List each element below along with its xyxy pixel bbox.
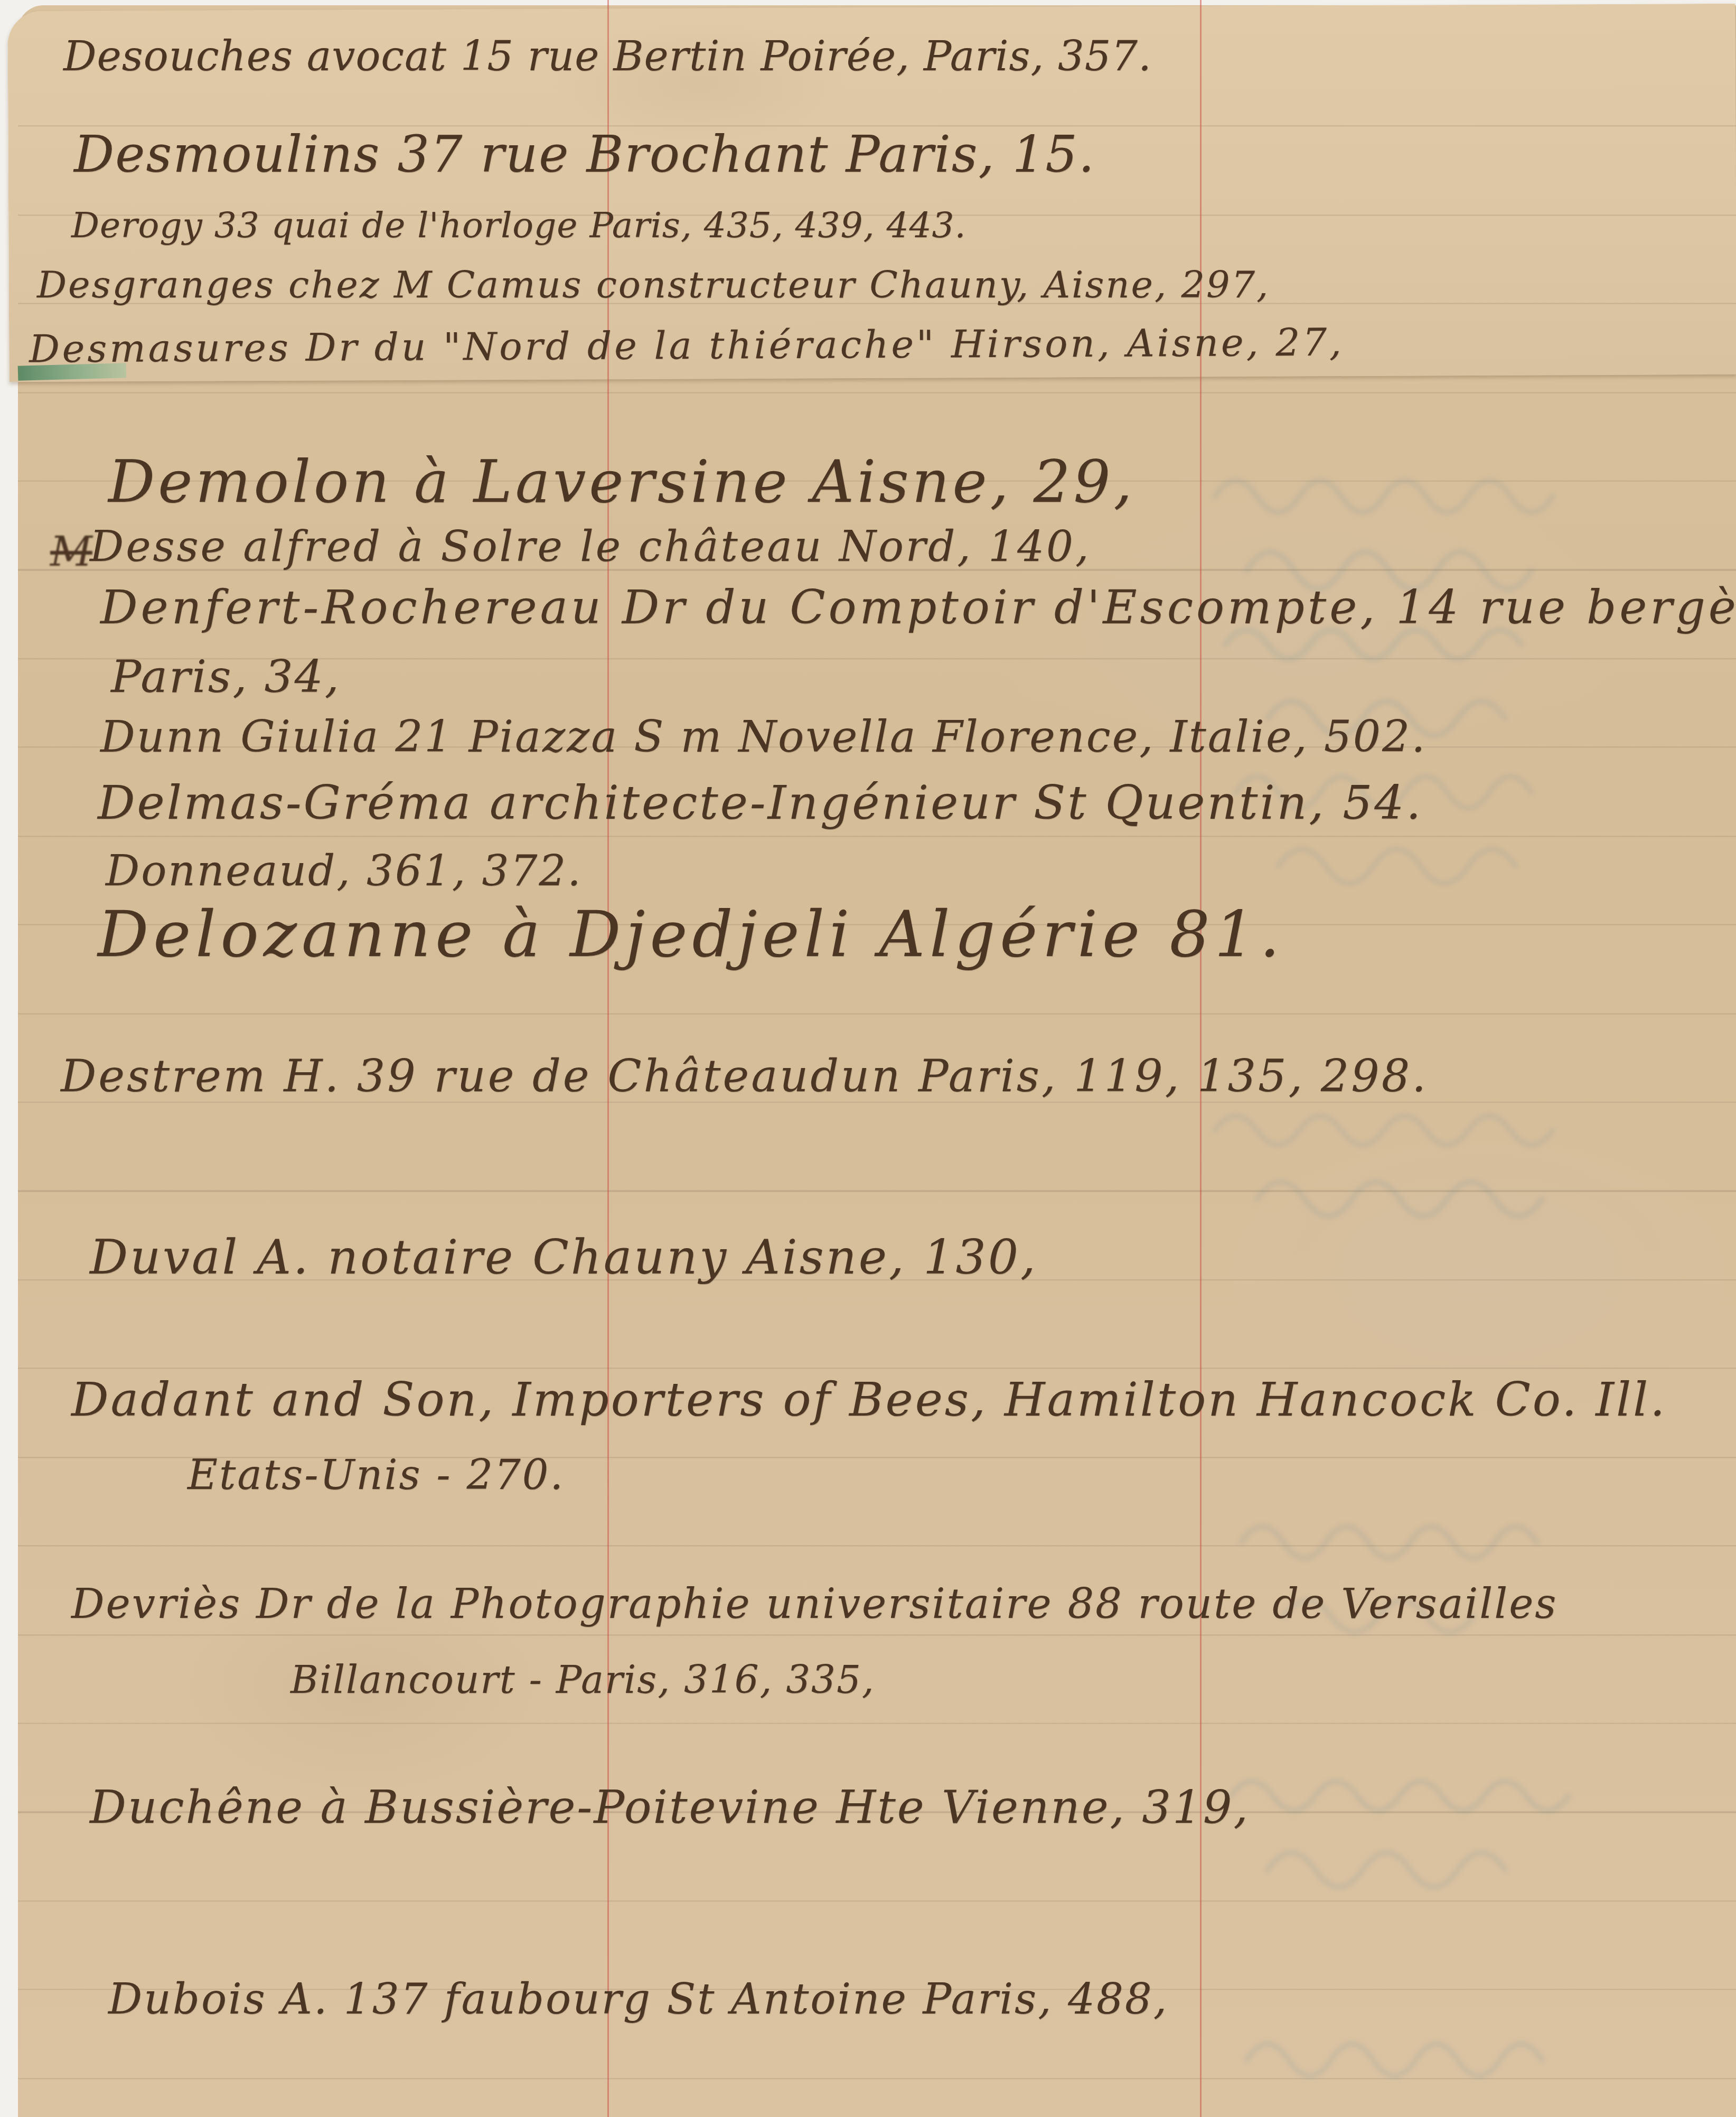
index-entry: Dadant and Son, Importers of Bees, Hamil… [71, 1372, 1667, 1427]
index-entry: Donneaud, 361, 372. [106, 846, 583, 895]
index-entry: Desse alfred à Solre le château Nord, 14… [90, 522, 1091, 571]
index-entry: Billancourt - Paris, 316, 335, [290, 1657, 875, 1702]
index-entry: Denfert-Rochereau Dr du Comptoir d'Escom… [100, 580, 1736, 634]
scanned-document: Desouches avocat 15 rue Bertin Poirée, P… [0, 0, 1736, 2117]
index-entry: Dubois A. 137 faubourg St Antoine Paris,… [108, 1974, 1168, 2024]
index-entry: Derogy 33 quai de l'horloge Paris, 435, … [71, 205, 966, 246]
index-entry: Delmas-Gréma architecte-Ingénieur St Que… [98, 775, 1423, 830]
index-entry: Paris, 34, [111, 651, 341, 703]
index-entry: Desmasures Dr du "Nord de la thiérache" … [29, 320, 1344, 371]
index-entry: Desgranges chez M Camus constructeur Cha… [37, 263, 1270, 306]
index-entry: Destrem H. 39 rue de Châteaudun Paris, 1… [61, 1050, 1428, 1102]
index-entry: Desmoulins 37 rue Brochant Paris, 15. [74, 126, 1095, 184]
index-entry: Devriès Dr de la Photographie universita… [71, 1580, 1557, 1628]
index-entry: Duchêne à Bussière-Poitevine Hte Vienne,… [90, 1781, 1250, 1834]
index-entry: Delozanne à Djedjeli Algérie 81. [98, 898, 1284, 971]
index-entry: Desouches avocat 15 rue Bertin Poirée, P… [63, 33, 1152, 80]
index-entry: Etats-Unis - 270. [187, 1451, 565, 1499]
index-entry: Dunn Giulia 21 Piazza S m Novella Floren… [100, 712, 1427, 762]
index-entry: Duval A. notaire Chauny Aisne, 130, [90, 1230, 1038, 1285]
index-entry: Demolon à Laversine Aisne, 29, [108, 448, 1135, 516]
struck-out-mark: M [50, 528, 92, 576]
